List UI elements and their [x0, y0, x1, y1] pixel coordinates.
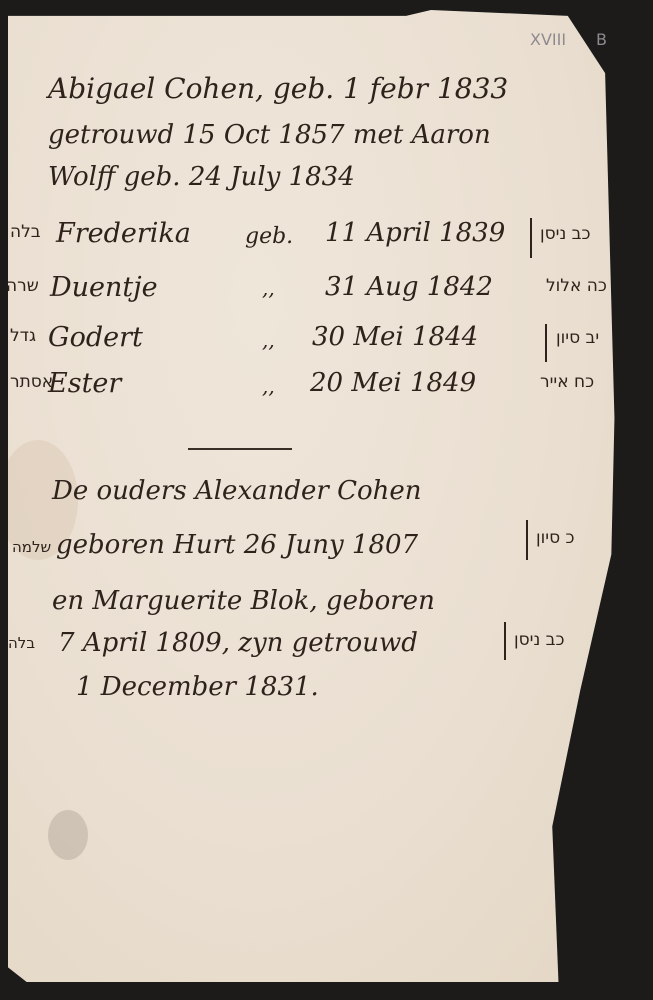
ditto-mark: ,,	[262, 276, 275, 300]
divider	[545, 324, 547, 362]
divider	[526, 520, 528, 560]
child-name: Frederika	[56, 218, 191, 249]
born-label: geb.	[245, 224, 293, 249]
parents-line-2: geboren Hurt 26 Juny 1807	[56, 530, 418, 560]
hebrew-date: כה אלול	[546, 276, 607, 296]
ditto-mark: ,,	[262, 328, 275, 352]
separator-line	[188, 448, 292, 450]
hebrew-date: כב ניסן	[540, 224, 591, 244]
hebrew-date: כ סיון	[536, 528, 575, 548]
birth-date: 20 Mei 1849	[310, 368, 476, 398]
divider	[504, 622, 506, 660]
stain	[48, 810, 88, 860]
corner-mark: B	[596, 30, 607, 49]
header-line-2: getrouwd 15 Oct 1857 met Aaron	[48, 120, 491, 150]
parents-line-5: 1 December 1831.	[76, 672, 319, 702]
archive-number: XVIII	[530, 30, 566, 49]
parents-line-1: De ouders Alexander Cohen	[52, 476, 422, 506]
hebrew-date: כח אייר	[540, 372, 594, 392]
child-name: Godert	[48, 322, 143, 353]
margin-hebrew: שלמה	[12, 538, 51, 556]
birth-date: 30 Mei 1844	[312, 322, 478, 352]
margin-hebrew: שרה	[6, 276, 39, 296]
hebrew-date: יב סיון	[556, 328, 599, 348]
parents-line-4: 7 April 1809, zyn getrouwd	[58, 628, 418, 658]
margin-hebrew: גדל	[10, 326, 36, 346]
divider	[530, 218, 532, 258]
hebrew-date: כב ניסן	[514, 630, 565, 650]
birth-date: 31 Aug 1842	[325, 272, 493, 302]
parents-line-3: en Marguerite Blok, geboren	[52, 586, 435, 616]
child-name: Duentje	[50, 272, 158, 303]
header-line-1: Abigael Cohen, geb. 1 febr 1833	[48, 72, 508, 105]
margin-hebrew: בלה	[10, 222, 41, 242]
ditto-mark: ,,	[262, 374, 275, 398]
child-name: Ester	[48, 368, 121, 399]
birth-date: 11 April 1839	[325, 218, 505, 248]
header-line-3: Wolff geb. 24 July 1834	[48, 162, 355, 192]
margin-hebrew: בלה	[8, 634, 35, 652]
margin-hebrew: אסתר	[10, 372, 53, 392]
